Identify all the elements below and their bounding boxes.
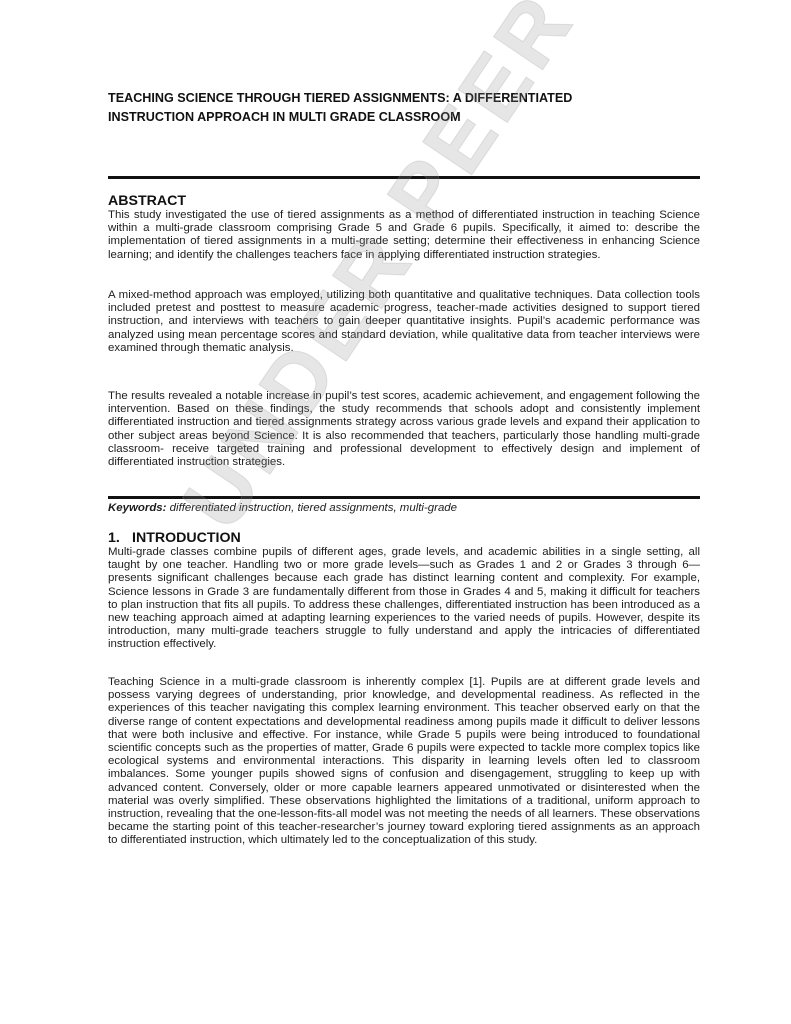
abstract-bottom-rule <box>108 496 700 499</box>
keywords-values: differentiated instruction, tiered assig… <box>170 502 457 514</box>
abstract-paragraph-2: A mixed-method approach was employed, ut… <box>108 289 700 355</box>
abstract-paragraph: This study investigated the use of tiere… <box>108 209 700 262</box>
section-title: INTRODUCTION <box>132 530 241 546</box>
abstract-heading: ABSTRACT <box>108 193 700 209</box>
introduction-paragraph: Multi-grade classes combine pupils of di… <box>108 546 700 652</box>
introduction-paragraph-2: Teaching Science in a multi-grade classr… <box>108 676 700 848</box>
abstract-paragraph: A mixed-method approach was employed, ut… <box>108 289 700 355</box>
abstract-paragraph-1: This study investigated the use of tiere… <box>108 209 700 262</box>
section-number: 1. <box>108 530 132 546</box>
keywords-label: Keywords: <box>108 502 166 514</box>
paper-title: TEACHING SCIENCE THROUGH TIERED ASSIGNME… <box>108 89 700 127</box>
abstract-paragraph-3: The results revealed a notable increase … <box>108 390 700 469</box>
document-page: UNDER PEER REVIEW TEACHING SCIENCE THROU… <box>0 0 791 1024</box>
keywords-line: Keywords: differentiated instruction, ti… <box>108 501 700 515</box>
introduction-paragraph: Teaching Science in a multi-grade classr… <box>108 676 700 848</box>
abstract-top-rule <box>108 176 700 179</box>
introduction-heading: 1.INTRODUCTION <box>108 530 700 546</box>
abstract-paragraph: The results revealed a notable increase … <box>108 390 700 469</box>
paper-title-line-1: TEACHING SCIENCE THROUGH TIERED ASSIGNME… <box>108 89 700 108</box>
introduction-paragraph-1: Multi-grade classes combine pupils of di… <box>108 546 700 652</box>
paper-title-line-2: INSTRUCTION APPROACH IN MULTI GRADE CLAS… <box>108 108 700 127</box>
